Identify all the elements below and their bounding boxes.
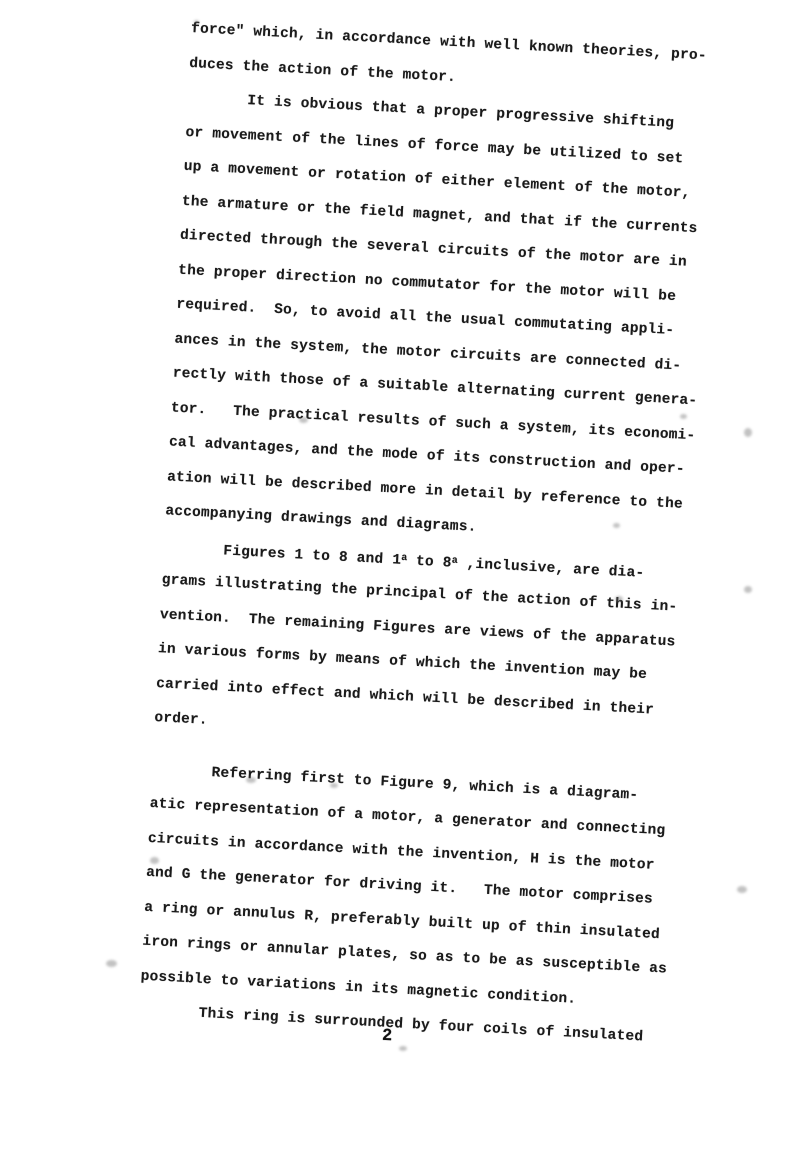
scan-smudge	[737, 886, 747, 893]
superscript: a	[451, 555, 458, 566]
scan-smudge	[330, 783, 338, 788]
scan-smudge	[613, 523, 620, 528]
scan-smudge	[106, 960, 117, 967]
scan-smudge	[194, 20, 199, 24]
superscript: a	[401, 552, 408, 563]
scan-smudge	[680, 414, 687, 419]
page-number: 2	[382, 1027, 393, 1046]
scan-smudge	[744, 428, 752, 437]
text-block: force" which, in accordance with well kn…	[138, 12, 791, 1060]
scan-smudge	[399, 1046, 407, 1051]
scanned-document-page: force" which, in accordance with well kn…	[0, 0, 807, 1157]
scan-smudge	[299, 417, 308, 423]
scan-smudge	[744, 586, 752, 593]
scan-smudge	[150, 857, 159, 864]
scan-smudge	[615, 596, 623, 602]
scan-smudge	[246, 777, 256, 783]
